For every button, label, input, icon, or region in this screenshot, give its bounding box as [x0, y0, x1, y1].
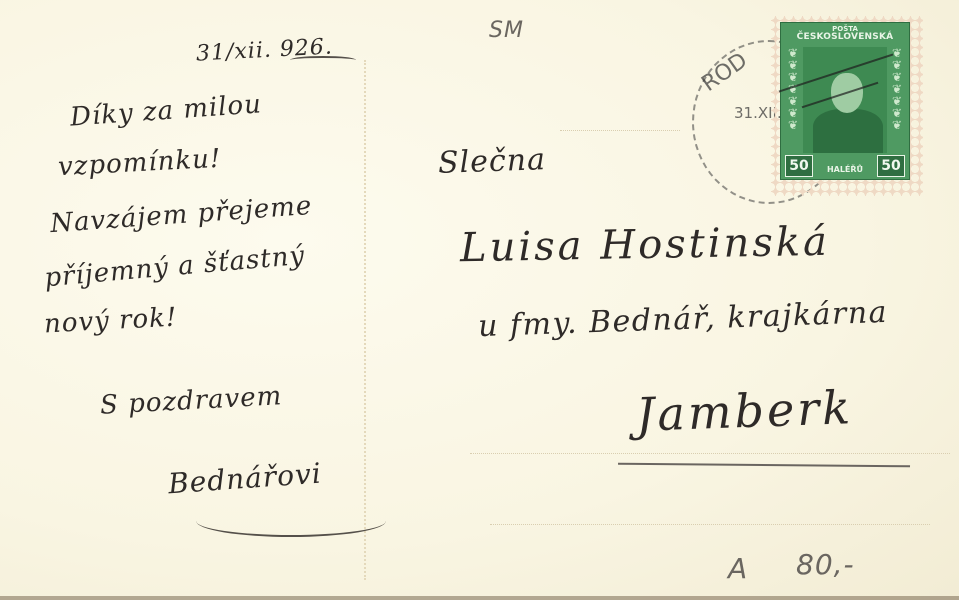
address-name: Luisa Hostinská: [460, 219, 831, 271]
message-line-2: vzpomínku!: [57, 144, 222, 183]
stamp-unit: HALÉŘŮ: [815, 165, 875, 174]
message-line-3: Navzájem přejeme: [49, 191, 313, 239]
message-line-4: příjemný a šťastný: [43, 241, 306, 294]
pencil-note-price: 80,-: [796, 548, 855, 581]
postage-stamp: POŠTA ČESKOSLOVENSKÁ ❦ ❦ ❦ ❦ ❦ ❦ ❦ ❦ ❦ ❦…: [780, 22, 910, 180]
laurel-left-icon: ❦ ❦ ❦ ❦ ❦ ❦ ❦: [784, 47, 802, 153]
stamp-value-left: 50: [785, 155, 813, 177]
address-care-of: u fmy. Bednář, krajkárna: [478, 295, 889, 344]
portrait-body: [813, 109, 883, 153]
pencil-note-top: SM: [489, 18, 524, 43]
message-line-1: Díky za milou: [69, 89, 263, 132]
stamp-title-country: ČESKOSLOVENSKÁ: [781, 33, 909, 41]
portrait-icon: [803, 47, 887, 153]
center-divider: [364, 60, 366, 580]
town-underline: [618, 463, 910, 474]
message-closing: S pozdravem: [99, 381, 283, 421]
address-town: Jamberk: [635, 380, 854, 442]
address-guide-line: [560, 130, 680, 131]
signature-flourish: [196, 505, 386, 537]
card-edge: [0, 596, 959, 600]
signature: Bednářovi: [167, 457, 323, 501]
laurel-right-icon: ❦ ❦ ❦ ❦ ❦ ❦ ❦: [888, 47, 906, 153]
address-guide-line: [470, 453, 950, 454]
address-salutation: Slečna: [437, 142, 546, 181]
message-line-5: nový rok!: [43, 303, 178, 340]
postcard: 31/xii. 926. Díky za milou vzpomínku! Na…: [0, 0, 959, 600]
address-guide-line: [490, 524, 930, 525]
date-underline: [290, 56, 356, 64]
stamp-value-right: 50: [877, 155, 905, 177]
pencil-note-grade: A: [728, 552, 748, 585]
